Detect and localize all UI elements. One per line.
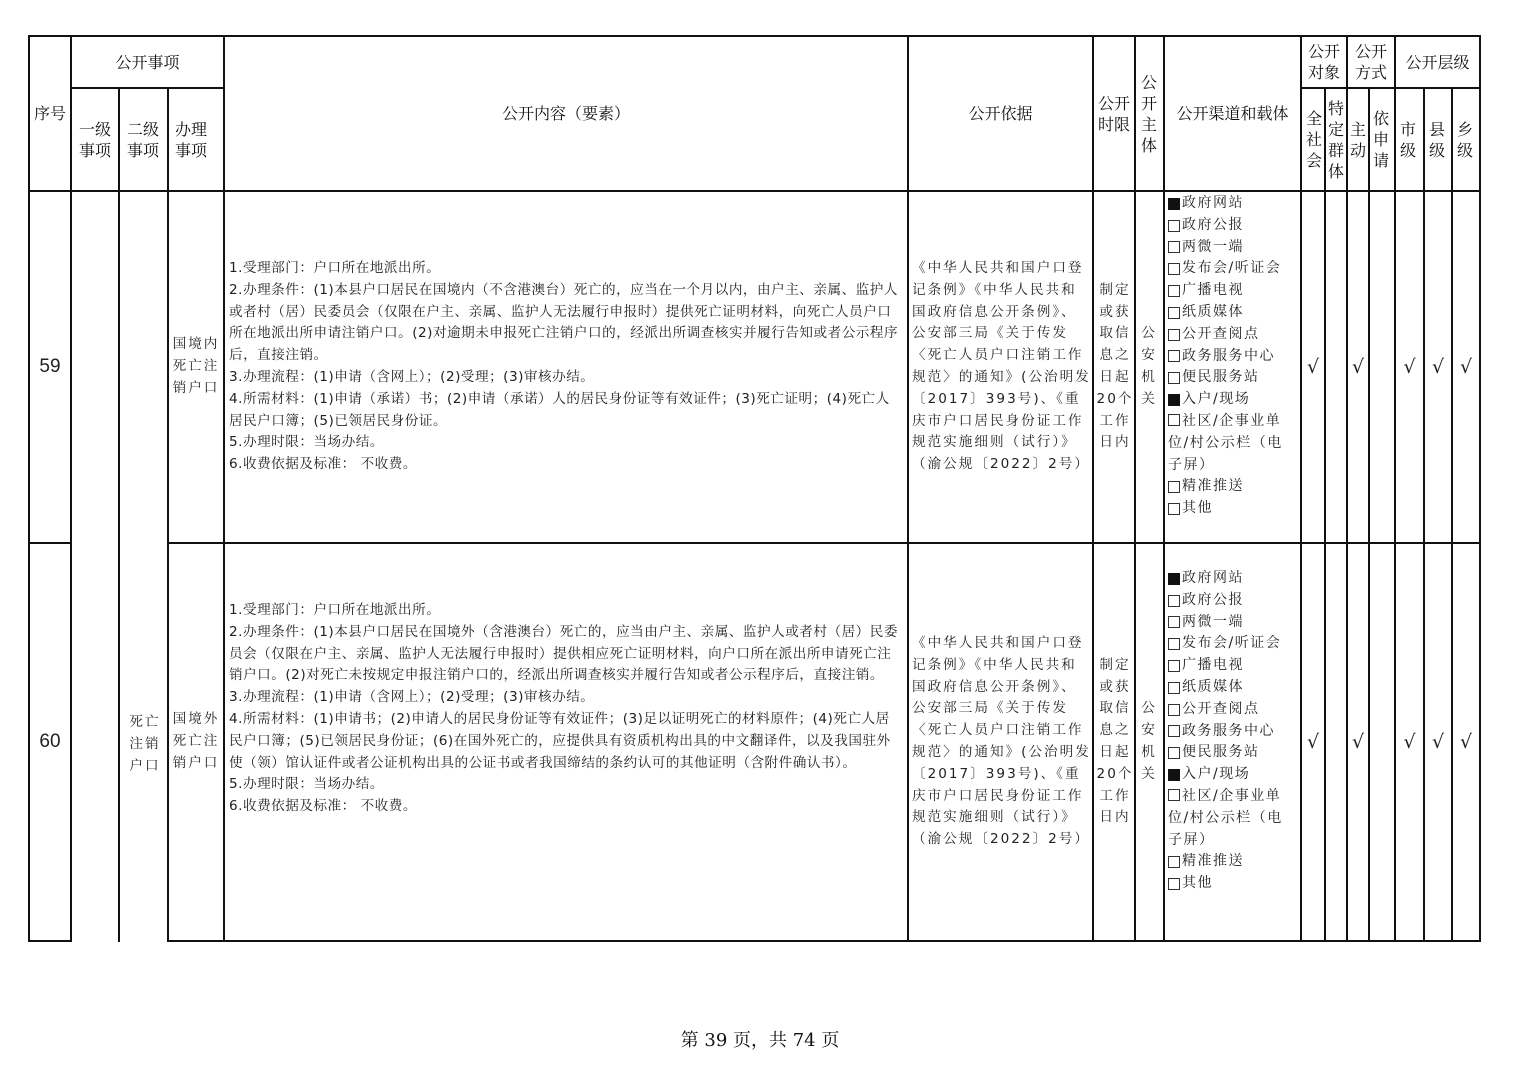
channel-item: 政府公报 <box>1168 215 1296 237</box>
channel-label: 政务服务中心 <box>1182 346 1275 368</box>
rule-header-bottom <box>28 190 1481 192</box>
channel-item: 发布会/听证会 <box>1168 633 1296 655</box>
row-tier-city: √ <box>1396 192 1423 542</box>
row-tier-county: √ <box>1425 192 1451 542</box>
header-method: 公开方式 <box>1352 37 1390 87</box>
level2-item-value: 死亡注销户口 <box>124 712 166 777</box>
check-mark-icon: √ <box>1432 356 1444 378</box>
checkbox-empty-icon <box>1168 220 1180 232</box>
channel-item: 其他 <box>1168 873 1296 895</box>
rule-seq-right <box>70 35 72 942</box>
channel-label: 政府公报 <box>1182 590 1244 612</box>
channel-label: 其他 <box>1182 873 1213 895</box>
row-subject-value: 公安机关 <box>1138 323 1160 410</box>
row-tier-town: √ <box>1453 544 1479 940</box>
level2-item: 死亡注销户口 <box>124 680 166 810</box>
channel-item: 便民服务站 <box>1168 367 1296 389</box>
row-method-active: √ <box>1348 544 1368 940</box>
header-level1-label: 一级事项 <box>76 119 114 161</box>
row-basis: 《中华人民共和国户口登记条例》《中华人民共和国政府信息公开条例》、公安部三局《关… <box>912 633 1092 851</box>
header-basis: 公开依据 <box>909 37 1092 190</box>
content-line: 1.受理部门：户口所在地派出所。 <box>229 258 901 280</box>
row-audience-all: √ <box>1302 192 1324 542</box>
channel-label: 发布会/听证会 <box>1182 258 1281 280</box>
header-tier-town-label: 乡级 <box>1456 119 1474 161</box>
checkbox-empty-icon <box>1168 372 1180 384</box>
channel-label: 发布会/听证会 <box>1182 633 1281 655</box>
row-tier-town: √ <box>1453 192 1479 542</box>
header-handle-item-label: 办理事项 <box>172 119 210 161</box>
header-level1: 一级事项 <box>76 89 114 190</box>
row-content: 1.受理部门：户口所在地派出所。 2.办理条件：(1)本县户口居民在国境外（含港… <box>229 600 901 818</box>
channel-item: 政府公报 <box>1168 590 1296 612</box>
checkbox-checked-icon <box>1168 769 1180 781</box>
header-time-limit: 公开时限 <box>1096 37 1132 190</box>
header-tier-town: 乡级 <box>1456 89 1474 190</box>
checkbox-checked-icon <box>1168 198 1180 210</box>
header-method-request-label: 依申请 <box>1372 108 1390 171</box>
row-method-request <box>1370 192 1394 542</box>
checkbox-empty-icon <box>1168 241 1180 253</box>
content-line: 4.所需材料：(1)申请书；(2)申请人的居民身份证等有效证件；(3)足以证明死… <box>229 709 901 774</box>
channel-item: 便民服务站 <box>1168 742 1296 764</box>
row-basis: 《中华人民共和国户口登记条例》《中华人民共和国政府信息公开条例》、公安部三局《关… <box>912 258 1092 476</box>
rule-level1-right <box>118 87 120 942</box>
header-public-items-label: 公开事项 <box>115 52 179 73</box>
check-mark-icon: √ <box>1460 731 1472 753</box>
content-line: 2.办理条件：(1)本县户口居民在国境内（不含港澳台）死亡的，应当在一个月以内，… <box>229 280 901 367</box>
checkbox-checked-icon <box>1168 573 1180 585</box>
row-subject-value: 公安机关 <box>1138 698 1160 785</box>
checkbox-empty-icon <box>1168 747 1180 759</box>
row-content: 1.受理部门：户口所在地派出所。 2.办理条件：(1)本县户口居民在国境内（不含… <box>229 258 901 476</box>
channel-item: 政府网站 <box>1168 568 1296 590</box>
header-audience-specific: 特定群体 <box>1327 89 1345 190</box>
header-seq-label: 序号 <box>34 103 66 124</box>
header-tier-label: 公开层级 <box>1405 52 1469 73</box>
channel-label: 精准推送 <box>1182 476 1244 498</box>
checkbox-empty-icon <box>1168 350 1180 362</box>
header-method-active-label: 主动 <box>1349 119 1367 161</box>
header-audience-specific-label: 特定群体 <box>1327 98 1345 182</box>
content-line: 6.收费依据及标准： 不收费。 <box>229 796 901 818</box>
header-handle-item: 办理事项 <box>172 89 210 190</box>
row-handle-item-value: 国境外死亡注销户口 <box>172 709 220 774</box>
channel-label: 政府网站 <box>1182 568 1244 590</box>
channel-item: 两微一端 <box>1168 612 1296 634</box>
channel-item: 精准推送 <box>1168 851 1296 873</box>
channel-label: 公开查阅点 <box>1182 699 1260 721</box>
channel-item: 政府网站 <box>1168 193 1296 215</box>
row-handle-item: 国境内死亡注销户口 <box>172 192 220 542</box>
row-subject: 公安机关 <box>1138 544 1160 940</box>
header-tier-city-label: 市级 <box>1399 119 1417 161</box>
header-channels-label: 公开渠道和载体 <box>1176 103 1288 124</box>
content-line: 3.办理流程：(1)申请（含网上）；(2)受理；(3)审核办结。 <box>229 687 901 709</box>
channel-label: 广播电视 <box>1182 280 1244 302</box>
checkbox-empty-icon <box>1168 414 1180 426</box>
channel-item: 入户/现场 <box>1168 389 1296 411</box>
channel-label: 精准推送 <box>1182 851 1244 873</box>
content-line: 5.办理时限：当场办结。 <box>229 432 901 454</box>
channel-item: 其他 <box>1168 498 1296 520</box>
content-line: 2.办理条件：(1)本县户口居民在国境外（含港澳台）死亡的，应当由户主、亲属、监… <box>229 622 901 687</box>
check-mark-icon: √ <box>1352 356 1364 378</box>
check-mark-icon: √ <box>1460 356 1472 378</box>
checkbox-empty-icon <box>1168 660 1180 672</box>
content-line: 4.所需材料：(1)申请（承诺）书；(2)申请（承诺）人的居民身份证等有效证件；… <box>229 389 901 433</box>
channel-label: 入户/现场 <box>1182 389 1250 411</box>
channel-item: 政务服务中心 <box>1168 721 1296 743</box>
channel-item: 入户/现场 <box>1168 764 1296 786</box>
rule-row59-bottom-right <box>167 542 1481 544</box>
checkbox-empty-icon <box>1168 725 1180 737</box>
channel-label: 两微一端 <box>1182 237 1244 259</box>
header-tier-county: 县级 <box>1428 89 1446 190</box>
header-subject: 公开主体 <box>1139 37 1159 190</box>
check-mark-icon: √ <box>1307 356 1319 378</box>
channel-label: 两微一端 <box>1182 612 1244 634</box>
checkbox-empty-icon <box>1168 329 1180 341</box>
row-time-limit: 制定或获取信息之日起20个工作日内 <box>1096 192 1134 542</box>
checkbox-empty-icon <box>1168 595 1180 607</box>
row-seq-value: 60 <box>39 731 60 753</box>
checkbox-empty-icon <box>1168 704 1180 716</box>
content-line: 3.办理流程：(1)申请（含网上）；(2)受理；(3)审核办结。 <box>229 367 901 389</box>
channel-label: 纸质媒体 <box>1182 302 1244 324</box>
check-mark-icon: √ <box>1352 731 1364 753</box>
channel-item: 纸质媒体 <box>1168 302 1296 324</box>
header-channels: 公开渠道和载体 <box>1165 37 1300 190</box>
channel-label: 政务服务中心 <box>1182 721 1275 743</box>
row-seq-value: 59 <box>39 356 60 378</box>
channel-item: 广播电视 <box>1168 280 1296 302</box>
document-page: 序号 公开事项 一级事项 二级事项 办理事项 公开内容（要素） 公开依据 公开时… <box>0 0 1520 1074</box>
row-seq: 59 <box>30 192 70 542</box>
checkbox-empty-icon <box>1168 285 1180 297</box>
channel-label: 政府公报 <box>1182 215 1244 237</box>
channel-item: 社区/企事业单位/村公示栏（电子屏） <box>1168 786 1290 851</box>
channel-item: 两微一端 <box>1168 237 1296 259</box>
header-content: 公开内容（要素） <box>225 37 907 190</box>
header-time-limit-label: 公开时限 <box>1096 93 1132 135</box>
check-mark-icon: √ <box>1307 731 1319 753</box>
header-level2: 二级事项 <box>124 89 162 190</box>
channel-item: 纸质媒体 <box>1168 677 1296 699</box>
checkbox-empty-icon <box>1168 503 1180 515</box>
checkbox-checked-icon <box>1168 394 1180 406</box>
checkbox-empty-icon <box>1168 616 1180 628</box>
header-method-label: 公开方式 <box>1352 41 1390 83</box>
channel-item: 社区/企事业单位/村公示栏（电子屏） <box>1168 411 1290 476</box>
header-audience-all-label: 全社会 <box>1305 108 1323 171</box>
header-subject-label: 公开主体 <box>1139 72 1159 156</box>
channel-label: 便民服务站 <box>1182 367 1260 389</box>
row-audience-specific <box>1326 544 1346 940</box>
channel-item: 公开查阅点 <box>1168 324 1296 346</box>
checkbox-empty-icon <box>1168 789 1180 801</box>
header-level2-label: 二级事项 <box>124 119 162 161</box>
row-basis-value: 《中华人民共和国户口登记条例》《中华人民共和国政府信息公开条例》、公安部三局《关… <box>912 260 1091 472</box>
channel-item: 公开查阅点 <box>1168 699 1296 721</box>
row-basis-value: 《中华人民共和国户口登记条例》《中华人民共和国政府信息公开条例》、公安部三局《关… <box>912 635 1091 847</box>
rule-table-bottom-right <box>167 940 1481 942</box>
header-basis-label: 公开依据 <box>968 103 1032 124</box>
header-tier: 公开层级 <box>1396 37 1479 87</box>
channel-item: 广播电视 <box>1168 655 1296 677</box>
channel-label: 入户/现场 <box>1182 764 1250 786</box>
row-audience-all: √ <box>1302 544 1324 940</box>
row-tier-city: √ <box>1396 544 1423 940</box>
row-handle-item: 国境外死亡注销户口 <box>172 544 220 940</box>
check-mark-icon: √ <box>1403 731 1415 753</box>
header-content-label: 公开内容（要素） <box>502 103 630 124</box>
check-mark-icon: √ <box>1403 356 1415 378</box>
checkbox-empty-icon <box>1168 481 1180 493</box>
content-line: 5.办理时限：当场办结。 <box>229 774 901 796</box>
rule-basis-right <box>1092 35 1094 942</box>
row-seq: 60 <box>30 544 70 940</box>
check-mark-icon: √ <box>1432 731 1444 753</box>
header-audience: 公开对象 <box>1306 37 1342 87</box>
checkbox-empty-icon <box>1168 856 1180 868</box>
row-handle-item-value: 国境内死亡注销户口 <box>172 334 220 399</box>
channel-item: 精准推送 <box>1168 476 1296 498</box>
channel-label: 政府网站 <box>1182 193 1244 215</box>
rule-time-right <box>1134 35 1136 942</box>
channel-item: 发布会/听证会 <box>1168 258 1296 280</box>
channel-label: 广播电视 <box>1182 655 1244 677</box>
row-subject: 公安机关 <box>1138 192 1160 542</box>
checkbox-empty-icon <box>1168 638 1180 650</box>
row-method-active: √ <box>1348 192 1368 542</box>
row-channels: 政府网站 政府公报 两微一端 发布会/听证会 广播电视 纸质媒体 公开查阅点 政… <box>1168 568 1296 895</box>
channel-label: 便民服务站 <box>1182 742 1260 764</box>
page-indicator: 第 39 页，共 74 页 <box>0 1026 1520 1052</box>
row-tier-county: √ <box>1425 544 1451 940</box>
row-channels: 政府网站 政府公报 两微一端 发布会/听证会 广播电视 纸质媒体 公开查阅点 政… <box>1168 193 1296 520</box>
rule-table-bottom-seq <box>28 940 72 942</box>
header-audience-all: 全社会 <box>1305 89 1323 190</box>
row-audience-specific <box>1326 192 1346 542</box>
content-line: 1.受理部门：户口所在地派出所。 <box>229 600 901 622</box>
header-method-active: 主动 <box>1349 89 1367 190</box>
checkbox-empty-icon <box>1168 682 1180 694</box>
channel-label: 社区/企事业单位/村公示栏（电子屏） <box>1168 413 1283 473</box>
row-method-request <box>1370 544 1394 940</box>
header-audience-label: 公开对象 <box>1306 41 1342 83</box>
row-time-limit-value: 制定或获取信息之日起20个工作日内 <box>1096 280 1134 454</box>
header-seq: 序号 <box>30 37 70 190</box>
channel-label: 其他 <box>1182 498 1213 520</box>
channel-label: 公开查阅点 <box>1182 324 1260 346</box>
row-time-limit-value: 制定或获取信息之日起20个工作日内 <box>1096 655 1134 829</box>
checkbox-empty-icon <box>1168 878 1180 890</box>
header-method-request: 依申请 <box>1372 89 1390 190</box>
rule-level2-right <box>167 87 169 942</box>
header-tier-county-label: 县级 <box>1428 119 1446 161</box>
channel-item: 政务服务中心 <box>1168 346 1296 368</box>
channel-label: 社区/企事业单位/村公示栏（电子屏） <box>1168 788 1283 848</box>
rule-right <box>1479 35 1481 942</box>
header-public-items: 公开事项 <box>72 37 223 87</box>
checkbox-empty-icon <box>1168 307 1180 319</box>
row-time-limit: 制定或获取信息之日起20个工作日内 <box>1096 544 1134 940</box>
channel-label: 纸质媒体 <box>1182 677 1244 699</box>
content-line: 6.收费依据及标准： 不收费。 <box>229 454 901 476</box>
checkbox-empty-icon <box>1168 263 1180 275</box>
header-tier-city: 市级 <box>1399 89 1417 190</box>
